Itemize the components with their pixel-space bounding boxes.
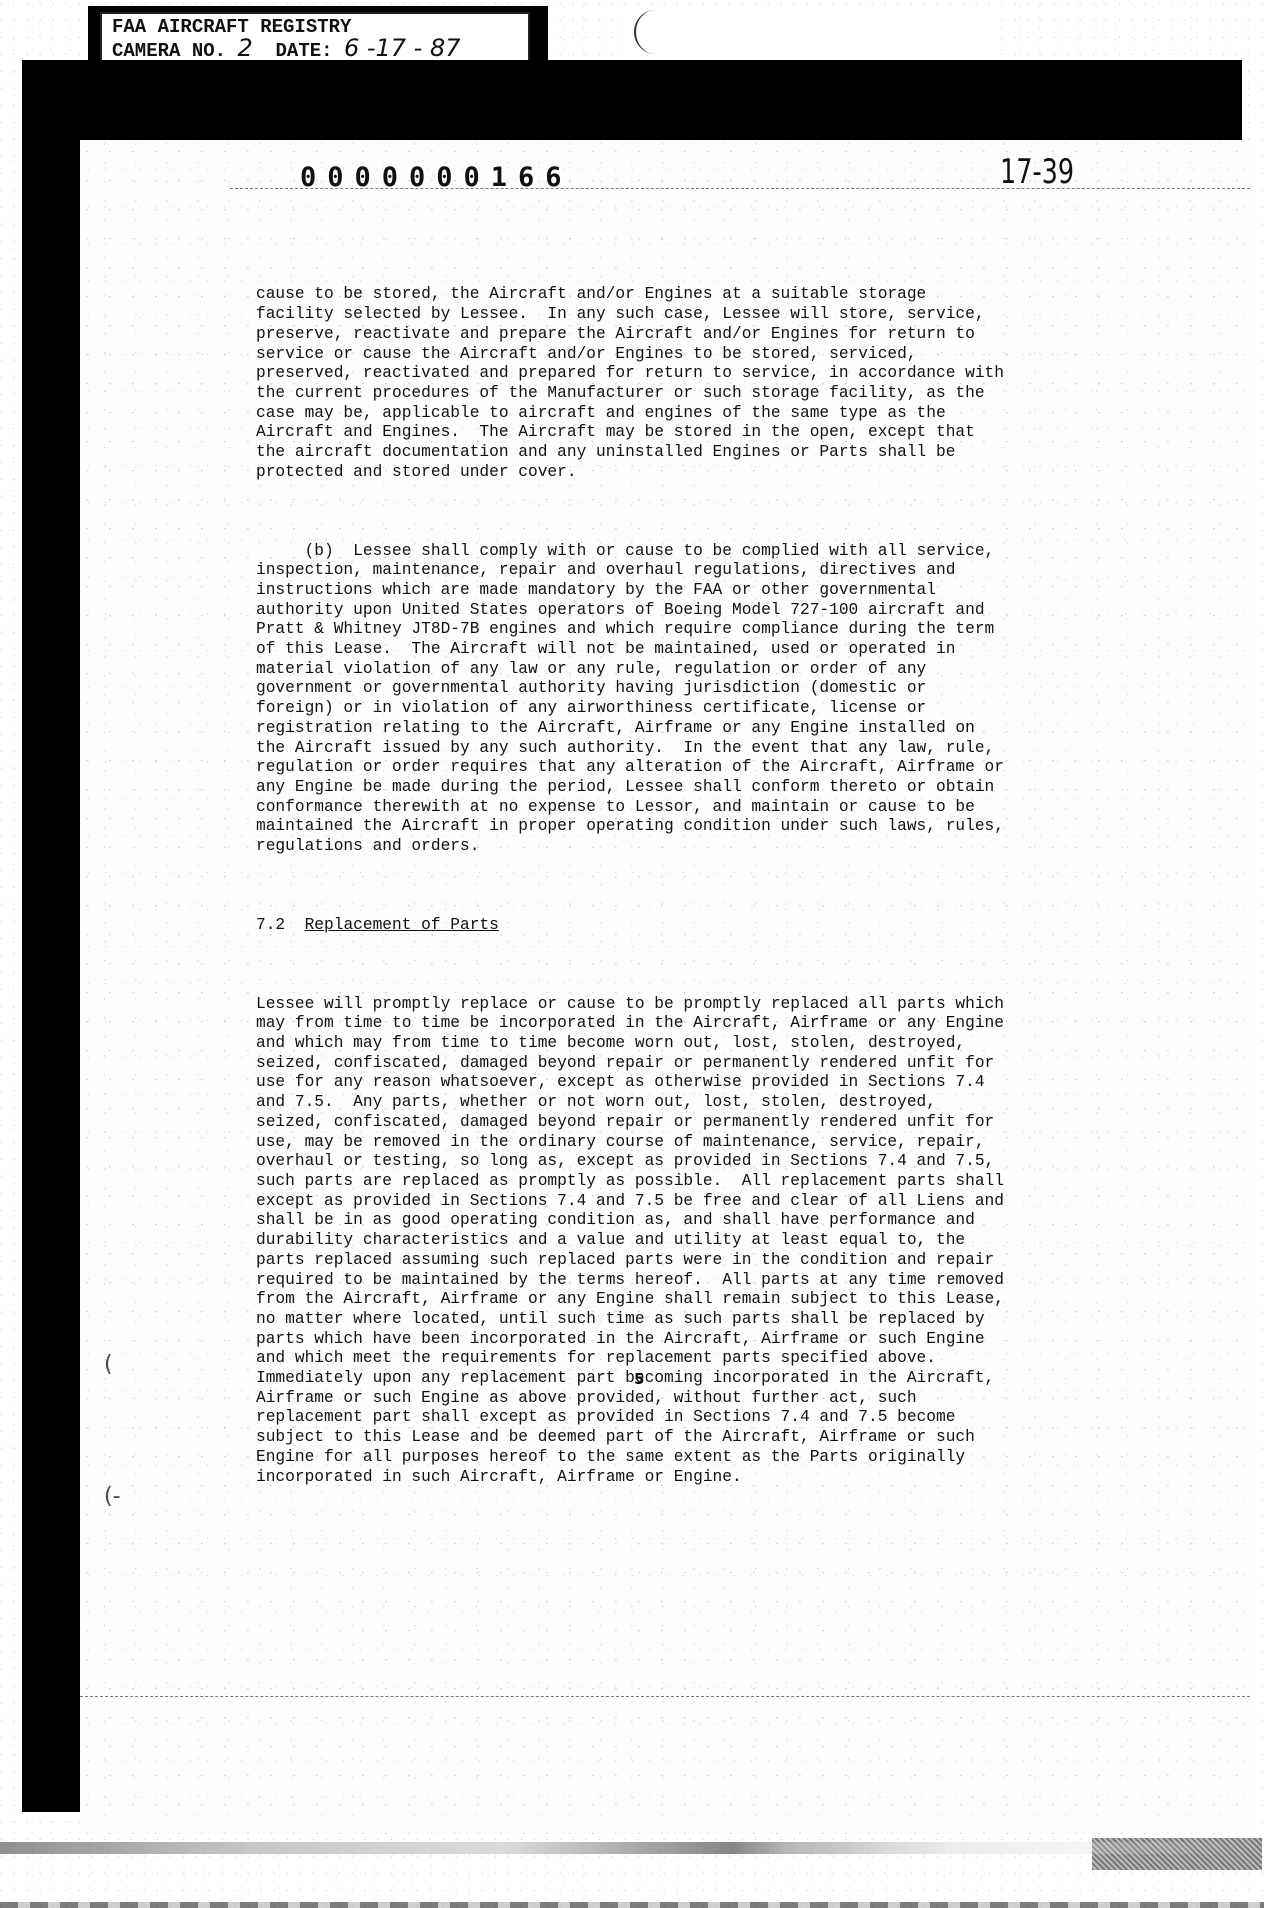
margin-mark-upper: ( xyxy=(104,1352,113,1377)
handwritten-reference: 17-39 xyxy=(1000,152,1074,192)
text-line: except as provided in Sections 7.4 and 7… xyxy=(256,1192,1056,1212)
text-line: durability characteristics and a value a… xyxy=(256,1231,1056,1251)
text-line: regulation or order requires that any al… xyxy=(256,758,1056,778)
margin-mark-lower: (- xyxy=(104,1484,121,1509)
text-line: from the Aircraft, Airframe or any Engin… xyxy=(256,1290,1056,1310)
bottom-scan-smear xyxy=(0,1842,1264,1854)
camera-label: CAMERA NO. xyxy=(112,40,226,62)
text-line: (b) Lessee shall comply with or cause to… xyxy=(256,542,1056,562)
text-line: may from time to time be incorporated in… xyxy=(256,1014,1056,1034)
text-line: case may be, applicable to aircraft and … xyxy=(256,404,1056,424)
text-line: government or governmental authority hav… xyxy=(256,679,1056,699)
paragraph-b-compliance: (b) Lessee shall comply with or cause to… xyxy=(256,542,1056,857)
text-line: subject to this Lease and be deemed part… xyxy=(256,1428,1056,1448)
text-line: seized, confiscated, damaged beyond repa… xyxy=(256,1113,1056,1133)
section-title: Replacement of Parts xyxy=(305,916,499,934)
text-line: replacement part shall except as provide… xyxy=(256,1408,1056,1428)
text-line: incorporated in such Aircraft, Airframe … xyxy=(256,1468,1056,1488)
text-line: protected and stored under cover. xyxy=(256,463,1056,483)
registry-stamp-label: FAA AIRCRAFT REGISTRY CAMERA NO. 2 DATE:… xyxy=(100,12,530,64)
text-line: seized, confiscated, damaged beyond repa… xyxy=(256,1054,1056,1074)
text-line: facility selected by Lessee. In any such… xyxy=(256,305,1056,325)
text-line: regulations and orders. xyxy=(256,837,1056,857)
text-line: the Aircraft issued by any such authorit… xyxy=(256,739,1056,759)
text-line: conformance therewith at no expense to L… xyxy=(256,798,1056,818)
text-line: foreign) or in violation of any airworth… xyxy=(256,699,1056,719)
text-line: Lessee will promptly replace or cause to… xyxy=(256,995,1056,1015)
text-line: and 7.5. Any parts, whether or not worn … xyxy=(256,1093,1056,1113)
text-line: Engine for all purposes hereof to the sa… xyxy=(256,1448,1056,1468)
section-heading-7-2: 7.2 Replacement of Parts xyxy=(256,916,1056,936)
paragraph-replacement-of-parts: Lessee will promptly replace or cause to… xyxy=(256,995,1056,1488)
text-line: parts which have been incorporated in th… xyxy=(256,1330,1056,1350)
text-line: maintained the Aircraft in proper operat… xyxy=(256,817,1056,837)
text-line: and which meet the requirements for repl… xyxy=(256,1349,1056,1369)
text-line: Aircraft and Engines. The Aircraft may b… xyxy=(256,423,1056,443)
page-number: 5 xyxy=(634,1370,644,1388)
text-line: of this Lease. The Aircraft will not be … xyxy=(256,640,1056,660)
date-value: 6 -17 - 87 xyxy=(344,34,461,62)
text-line: Airframe or such Engine as above provide… xyxy=(256,1389,1056,1409)
document-number: 0000000166 xyxy=(300,162,573,193)
text-line: and which may from time to time become w… xyxy=(256,1034,1056,1054)
text-line: overhaul or testing, so long as, except … xyxy=(256,1152,1056,1172)
text-line: use for any reason whatsoever, except as… xyxy=(256,1073,1056,1093)
text-line: instructions which are made mandatory by… xyxy=(256,581,1056,601)
text-line: any Engine be made during the period, Le… xyxy=(256,778,1056,798)
section-number: 7.2 xyxy=(256,916,285,934)
text-line: required to be maintained by the terms h… xyxy=(256,1271,1056,1291)
text-line: service or cause the Aircraft and/or Eng… xyxy=(256,345,1056,365)
text-line: shall be in as good operating condition … xyxy=(256,1211,1056,1231)
text-line: preserved, reactivated and prepared for … xyxy=(256,364,1056,384)
pen-scribble xyxy=(634,10,676,54)
text-line: Immediately upon any replacement part be… xyxy=(256,1369,1056,1389)
date-label: DATE: xyxy=(276,40,333,62)
text-line: preserve, reactivate and prepare the Air… xyxy=(256,325,1056,345)
text-line: material violation of any law or any rul… xyxy=(256,660,1056,680)
text-line: the current procedures of the Manufactur… xyxy=(256,384,1056,404)
camera-date-line: CAMERA NO. 2 DATE: 6 -17 - 87 xyxy=(112,38,518,62)
bottom-film-edge xyxy=(0,1902,1264,1908)
camera-number: 2 xyxy=(237,34,252,62)
text-line: no matter where located, until such time… xyxy=(256,1310,1056,1330)
text-line: inspection, maintenance, repair and over… xyxy=(256,561,1056,581)
text-line: parts replaced assuming such replaced pa… xyxy=(256,1251,1056,1271)
document-body: cause to be stored, the Aircraft and/or … xyxy=(256,246,1056,1507)
text-line: the aircraft documentation and any unins… xyxy=(256,443,1056,463)
text-line: Pratt & Whitney JT8D-7B engines and whic… xyxy=(256,620,1056,640)
bottom-dashed-rule xyxy=(80,1696,1250,1697)
text-line: cause to be stored, the Aircraft and/or … xyxy=(256,285,1056,305)
text-line: such parts are replaced as promptly as p… xyxy=(256,1172,1056,1192)
text-line: authority upon United States operators o… xyxy=(256,601,1056,621)
text-line: registration relating to the Aircraft, A… xyxy=(256,719,1056,739)
paragraph-storage-continued: cause to be stored, the Aircraft and/or … xyxy=(256,285,1056,482)
text-line: use, may be removed in the ordinary cour… xyxy=(256,1133,1056,1153)
